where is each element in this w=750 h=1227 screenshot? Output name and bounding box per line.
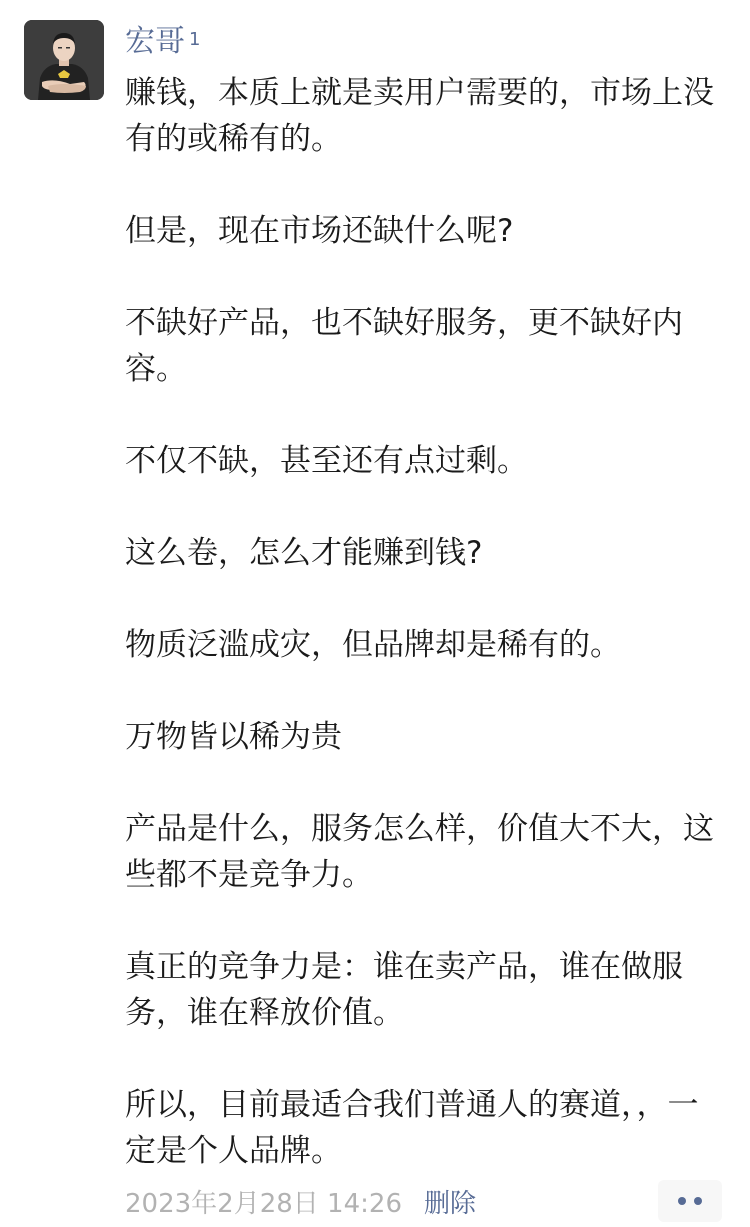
more-dots-icon — [694, 1197, 702, 1205]
post-paragraph: 产品是什么，服务怎么样，价值大不大，这些都不是竞争力。 — [125, 806, 725, 898]
post-paragraph: 万物皆以稀为贵 — [125, 714, 725, 760]
delete-button[interactable]: 删除 — [424, 1183, 476, 1220]
post-timestamp: 2023年2月28日 14:26 — [125, 1183, 402, 1220]
post-paragraph: 但是，现在市场还缺什么呢? — [125, 208, 725, 254]
post-paragraph: 不仅不缺，甚至还有点过剩。 — [125, 438, 725, 484]
post-footer: 2023年2月28日 14:26 删除 — [125, 1180, 476, 1222]
avatar[interactable] — [24, 20, 104, 100]
post-content: 赚钱，本质上就是卖用户需要的，市场上没有的或稀有的。 但是，现在市场还缺什么呢?… — [125, 70, 725, 1174]
post-paragraph: 这么卷，怎么才能赚到钱? — [125, 530, 725, 576]
author-name-text: 宏哥 — [125, 24, 185, 59]
post-paragraph: 真正的竞争力是：谁在卖产品，谁在做服务，谁在释放价值。 — [125, 944, 725, 1036]
post-paragraph: 赚钱，本质上就是卖用户需要的，市场上没有的或稀有的。 — [125, 70, 725, 162]
avatar-image — [24, 20, 104, 100]
post-paragraph: 所以，目前最适合我们普通人的赛道，，一定是个人品牌。 — [125, 1082, 725, 1174]
more-actions-button[interactable] — [658, 1180, 722, 1222]
post-paragraph: 物质泛滥成灾，但品牌却是稀有的。 — [125, 622, 725, 668]
more-dots-icon — [678, 1197, 686, 1205]
post-paragraph: 不缺好产品，也不缺好服务，更不缺好内容。 — [125, 300, 725, 392]
author-name[interactable]: 宏哥1 — [125, 20, 200, 64]
author-badge: 1 — [189, 29, 200, 50]
